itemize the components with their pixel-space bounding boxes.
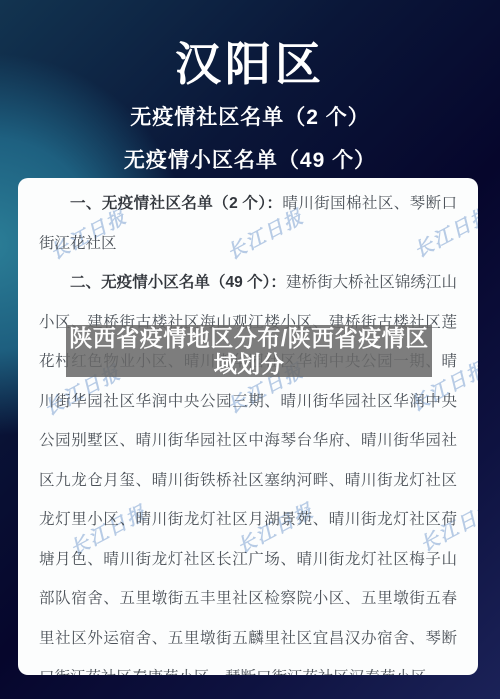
poster-background: 汉阳区 无疫情社区名单（2 个） 无疫情小区名单（49 个） 长江日报 长江日报… <box>0 0 500 699</box>
community-list-paragraph: 一、无疫情社区名单（2 个）：晴川街国棉社区、琴断口街江花社区 <box>39 184 457 263</box>
list-panel: 长江日报 长江日报 长江日报 长江日报 长江日报 长江日报 长江日报 长江日报 … <box>18 178 478 675</box>
residential-list-heading: 二、无疫情小区名单（49 个）： <box>70 274 286 291</box>
caption-line-2: 域划分 <box>66 351 432 377</box>
residential-list-subtitle: 无疫情小区名单（49 个） <box>0 144 500 174</box>
epidemic-free-list-text: 一、无疫情社区名单（2 个）：晴川街国棉社区、琴断口街江花社区 二、无疫情小区名… <box>39 184 457 675</box>
district-title: 汉阳区 <box>0 28 500 94</box>
caption-line-1: 陕西省疫情地区分布/陕西省疫情区 <box>66 325 432 351</box>
community-list-subtitle: 无疫情社区名单（2 个） <box>0 101 500 131</box>
caption-overlay: 陕西省疫情地区分布/陕西省疫情区 域划分 <box>66 325 432 377</box>
community-list-heading: 一、无疫情社区名单（2 个）： <box>70 195 282 212</box>
